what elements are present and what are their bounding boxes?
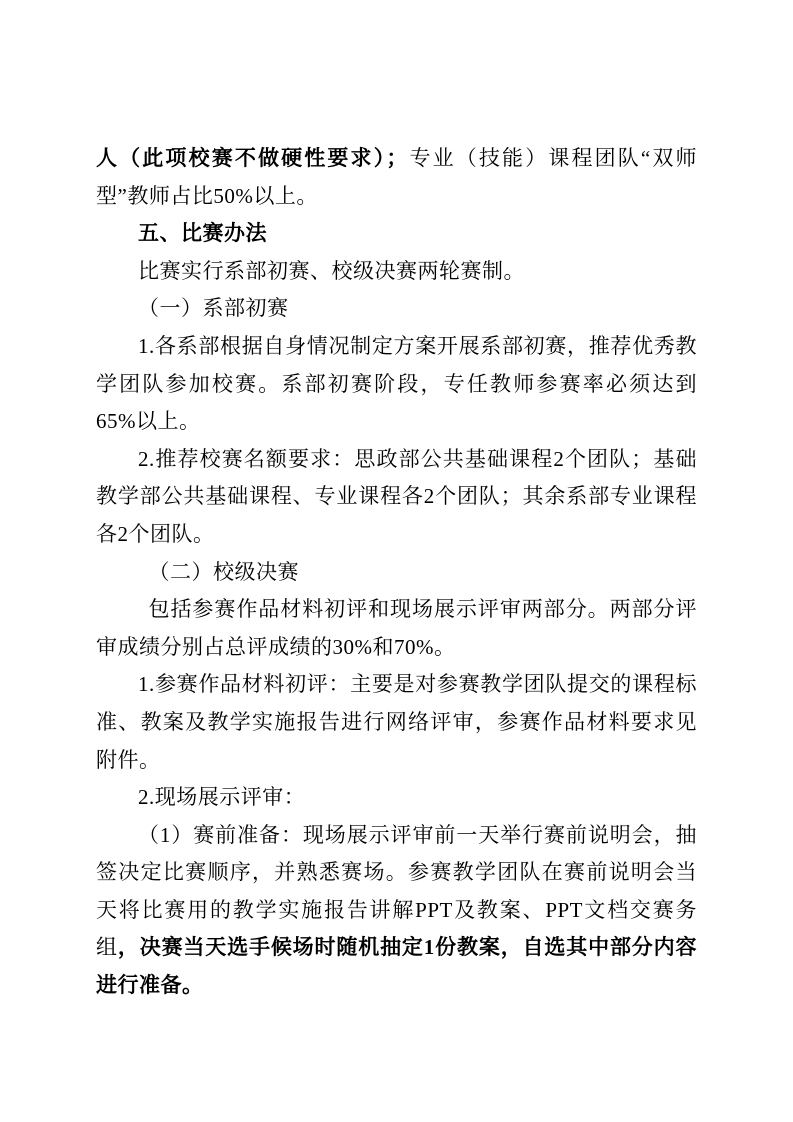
paragraph: 包括参赛作品材料初评和现场展示评审两部分。两部分评审成绩分别占总评成绩的30%和… bbox=[96, 591, 697, 666]
text-segment: 2.现场展示评审： bbox=[138, 785, 305, 809]
text-segment: （一）系部初赛 bbox=[138, 296, 289, 320]
paragraph: （一）系部初赛 bbox=[96, 290, 697, 328]
paragraph: （二）校级决赛 bbox=[96, 554, 697, 592]
text-segment: 比赛实行系部初赛、校级决赛两轮赛制。 bbox=[138, 259, 525, 283]
text-segment: 1.参赛作品材料初评：主要是对参赛教学团队提交的课程标准、教案及教学实施报告进行… bbox=[96, 672, 697, 771]
bold-text-segment: 人（此项校赛不做硬性要求）； bbox=[96, 146, 408, 170]
text-segment: 2.推荐校赛名额要求：思政部公共基础课程2个团队；基础教学部公共基础课程、专业课… bbox=[96, 447, 697, 546]
paragraph: 1.参赛作品材料初评：主要是对参赛教学团队提交的课程标准、教案及教学实施报告进行… bbox=[96, 666, 697, 779]
text-block: 人（此项校赛不做硬性要求）；专业（技能）课程团队“双师型”教师占比50%以上。五… bbox=[96, 140, 697, 1005]
bold-text-segment: ，决赛当天选手候场时随机抽定1份教案，自选其中部分内容进行准备。 bbox=[96, 935, 697, 997]
paragraph: 人（此项校赛不做硬性要求）；专业（技能）课程团队“双师型”教师占比50%以上。 bbox=[96, 140, 697, 215]
paragraph: 2.推荐校赛名额要求：思政部公共基础课程2个团队；基础教学部公共基础课程、专业课… bbox=[96, 441, 697, 554]
paragraph: 比赛实行系部初赛、校级决赛两轮赛制。 bbox=[96, 253, 697, 291]
text-segment: （二）校级决赛 bbox=[149, 560, 300, 584]
paragraph: 五、比赛办法 bbox=[96, 215, 697, 253]
paragraph: 1.各系部根据自身情况制定方案开展系部初赛，推荐优秀教学团队参加校赛。系部初赛阶… bbox=[96, 328, 697, 441]
paragraph: 2.现场展示评审： bbox=[96, 779, 697, 817]
text-segment: 1.各系部根据自身情况制定方案开展系部初赛，推荐优秀教学团队参加校赛。系部初赛阶… bbox=[96, 334, 697, 433]
document-page: 人（此项校赛不做硬性要求）；专业（技能）课程团队“双师型”教师占比50%以上。五… bbox=[0, 0, 793, 1122]
text-segment: 包括参赛作品材料初评和现场展示评审两部分。两部分评审成绩分别占总评成绩的30%和… bbox=[96, 597, 697, 659]
bold-text-segment: 五、比赛办法 bbox=[138, 221, 267, 245]
paragraph: （1）赛前准备：现场展示评审前一天举行赛前说明会，抽签决定比赛顺序，并熟悉赛场。… bbox=[96, 817, 697, 1005]
